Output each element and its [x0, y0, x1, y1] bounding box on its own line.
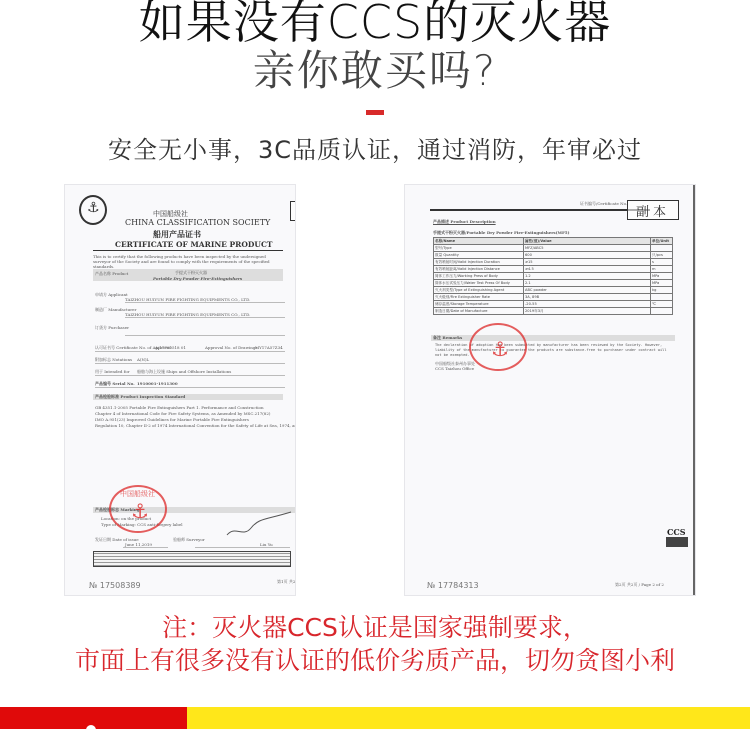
table-cell: [651, 308, 673, 315]
certificate-page-2: 证书编号/Certificate No. 副本 产品描述 Product Des…: [404, 184, 696, 596]
page-indicator: 第1页 共2页 / Page 1 of 2: [277, 579, 296, 585]
red-seal-stamp: ⚓: [469, 323, 527, 371]
serial-value: 1910001-1911300: [137, 381, 178, 386]
table-cell: 1.2: [524, 273, 651, 280]
table-cell: 2.1: [524, 280, 651, 287]
table-cell: m: [651, 266, 673, 273]
authority-en: CHINA CLASSIFICATION SOCIETY: [125, 218, 270, 227]
fine-print-box: [93, 551, 291, 567]
headline-question: 亲你敢买吗?: [0, 38, 750, 98]
table-cell: [651, 294, 673, 301]
table-cell: 有效喷射时间/Valid Injection Duration: [434, 259, 524, 266]
table-header: 属性(值)/Value: [524, 238, 651, 245]
surveyor-label: 验船师 Surveyor: [173, 537, 205, 543]
table-cell: 筒体水压试验压力/Water Test Press Of Body: [434, 280, 524, 287]
table-cell: 灭火级别/Fire Extinguisher Rate: [434, 294, 524, 301]
table-cell: 3A, 89B: [524, 294, 651, 301]
table-row: 数量 Quantity600只/pcs: [434, 252, 673, 259]
table-row: 有效喷射时间/Valid Injection Duration≥15s: [434, 259, 673, 266]
table-cell: 型号/Type: [434, 245, 524, 252]
banner-yellow-block: [187, 707, 750, 729]
table-header: 单位/Unit: [651, 238, 673, 245]
page-indicator: 第2页 共2页 / Page 2 of 2: [615, 582, 664, 588]
table-cell: 灭火剂类型/Type of Extinguishing Agent: [434, 287, 524, 294]
table-cell: MFZ/ABC5: [524, 245, 651, 252]
table-cell: -20-55: [524, 301, 651, 308]
table-row: 制造日期/Date of Manufacture2019年3月: [434, 308, 673, 315]
drawings-value: MY17A57Z34: [255, 345, 283, 350]
certificate-page-1: ⚓ 中国船级社 CHINA CLASSIFICATION SOCIETY 船用产…: [64, 184, 296, 596]
table-cell: ≥15: [524, 259, 651, 266]
copy-mark: 副本: [627, 200, 679, 220]
table-row: 简体工作压力/Working Press of Body1.2MPa: [434, 273, 673, 280]
table-cell: MPa: [651, 273, 673, 280]
table-caption: 手提式干粉灭火器/Portable Dry Powder Fire-Exting…: [433, 230, 569, 236]
table-cell: [651, 245, 673, 252]
standard-item: Chapter 4 of International Code for Fire…: [95, 411, 270, 416]
purchaser-label: 订货方 Purchaser: [95, 325, 129, 331]
product-spec-table: 名称/Name属性(值)/Value单位/Unit 型号/TypeMFZ/ABC…: [433, 237, 673, 315]
anchor-icon: ⚓: [131, 499, 149, 523]
table-cell: ABC powder: [524, 287, 651, 294]
table-row: 型号/TypeMFZ/ABC5: [434, 245, 673, 252]
remarks-heading: 备注 Remarks: [433, 335, 462, 341]
table-cell: 只/pcs: [651, 252, 673, 259]
table-cell: s: [651, 259, 673, 266]
ccs-logo: CCS: [667, 527, 686, 537]
applicant-label: 申请方 Applicant: [95, 292, 128, 298]
ccs-anchor-logo-icon: ⚓: [79, 195, 107, 225]
title-en: CERTIFICATE OF MARINE PRODUCT: [115, 240, 273, 249]
table-cell: ℃: [651, 301, 673, 308]
standard-item: IMO A.951(23) Improved Guidelines for Ma…: [95, 417, 249, 422]
table-cell: 600: [524, 252, 651, 259]
table-cell: 储存温度/Storage Temperature: [434, 301, 524, 308]
signature: [225, 510, 295, 540]
table-cell: ≥4.5: [524, 266, 651, 273]
table-cell: 数量 Quantity: [434, 252, 524, 259]
banner-dot: [86, 725, 96, 729]
office-en: CCS Taizhou Office: [435, 366, 474, 371]
description-heading: 产品描述 Product Description: [433, 219, 496, 225]
certificate-number: № 17508389: [89, 581, 141, 590]
drawings-label: Approval No. of Drawings: [205, 345, 257, 350]
table-cell: MPa: [651, 280, 673, 287]
note-line-1: 注：灭火器CCS认证是国家强制要求，: [0, 608, 750, 644]
table-cell: 简体工作压力/Working Press of Body: [434, 273, 524, 280]
table-cell: 2019年3月: [524, 308, 651, 315]
standard-heading: 产品检验标准 Product Inspection Standard: [95, 394, 185, 400]
table-cell: 制造日期/Date of Manufacture: [434, 308, 524, 315]
table-row: 筒体水压试验压力/Water Test Press Of Body2.1MPa: [434, 280, 673, 287]
table-cell: 有效喷射距离/Valid Injection Distance: [434, 266, 524, 273]
product-label: 产品名称 Product: [95, 271, 128, 277]
table-row: 有效喷射距离/Valid Injection Distance≥4.5m: [434, 266, 673, 273]
standard-item: Regulation 10, Chapter II-2 of 1974 Inte…: [95, 423, 296, 428]
standard-item: GB 4351.1-2005 Portable Fire Extinguishe…: [95, 405, 264, 410]
table-row: 灭火级别/Fire Extinguisher Rate3A, 89B: [434, 294, 673, 301]
anchor-icon: ⚓: [491, 337, 509, 361]
title-cn: 船用产品证书: [153, 229, 201, 240]
certificate-no-label: 证书编号/Certificate No.: [580, 201, 627, 207]
intro-text: This is to certify that the following pr…: [93, 254, 283, 269]
red-seal-stamp: 中国船级社 ⚓: [109, 485, 167, 533]
notations-value: A(N)L: [137, 357, 149, 362]
copy-mark: 副本: [290, 201, 296, 221]
certificate-number: № 17784313: [427, 581, 479, 590]
product-value-en: Portable Dry Powder Fire-Extinguishers: [153, 276, 242, 281]
table-row: 储存温度/Storage Temperature-20-55℃: [434, 301, 673, 308]
approval-value: A/17700518 01: [155, 345, 186, 350]
headline-subtitle: 安全无小事，3C品质认证，通过消防，年审必过: [0, 130, 750, 165]
table-cell: kg: [651, 287, 673, 294]
note-line-2: 市面上有很多没有认证的低价劣质产品，切勿贪图小利: [0, 641, 750, 677]
table-row: 灭火剂类型/Type of Extinguishing AgentABC pow…: [434, 287, 673, 294]
table-header: 名称/Name: [434, 238, 524, 245]
accent-divider: [366, 110, 384, 115]
